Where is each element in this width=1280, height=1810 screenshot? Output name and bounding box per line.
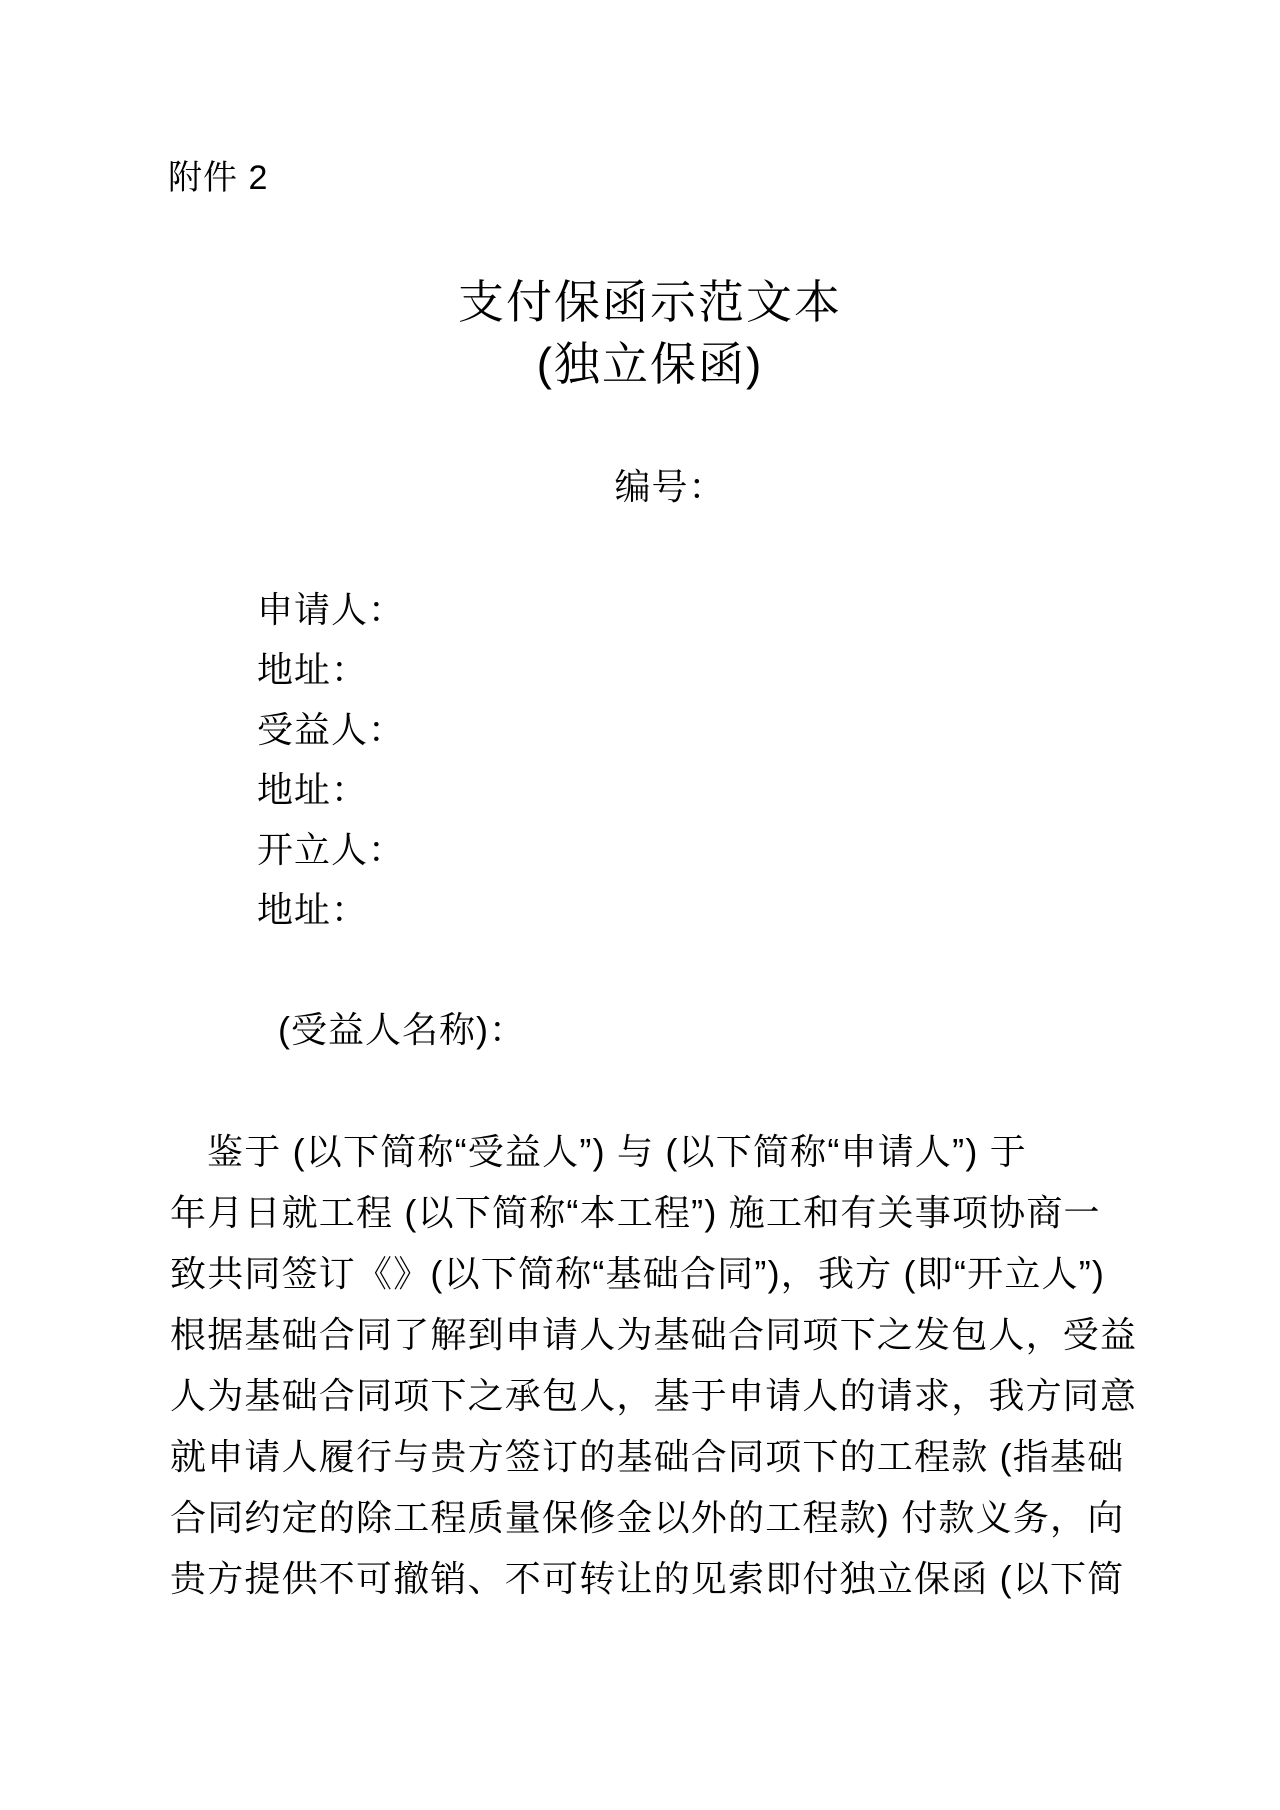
body-paragraph: 鉴于 (以下简称“受益人”) 与 (以下简称“申请人”) 于 年月日就工程 (以… <box>170 1121 1118 1609</box>
field-beneficiary-address: 地址： <box>257 760 405 820</box>
document-number-label: 编号： <box>30 467 1280 507</box>
field-beneficiary: 受益人： <box>257 700 405 760</box>
document-title-line1: 支付保函示范文本 <box>10 271 1280 333</box>
body-line: 鉴于 (以下简称“受益人”) 与 (以下简称“申请人”) 于 <box>170 1121 1118 1182</box>
field-applicant-address: 地址： <box>257 640 405 700</box>
body-line: 年月日就工程 (以下简称“本工程”) 施工和有关事项协商一 <box>170 1182 1118 1243</box>
document-title-line2: (独立保函) <box>10 333 1280 395</box>
party-fields: 申请人： 地址： 受益人： 地址： 开立人： 地址： <box>257 580 405 940</box>
document-page: 附件 2 支付保函示范文本 (独立保函) 编号： 申请人： 地址： 受益人： 地… <box>0 0 1280 1810</box>
field-applicant: 申请人： <box>257 580 405 640</box>
body-line: 合同约定的除工程质量保修金以外的工程款) 付款义务，向 <box>170 1487 1118 1548</box>
field-issuer: 开立人： <box>257 820 405 880</box>
beneficiary-name-salutation: (受益人名称)： <box>278 1010 526 1050</box>
body-line: 人为基础合同项下之承包人，基于申请人的请求，我方同意 <box>170 1365 1118 1426</box>
body-line: 就申请人履行与贵方签订的基础合同项下的工程款 (指基础 <box>170 1426 1118 1487</box>
field-issuer-address: 地址： <box>257 880 405 940</box>
body-line: 贵方提供不可撤销、不可转让的见索即付独立保函 (以下简 <box>170 1548 1118 1609</box>
body-line: 根据基础合同了解到申请人为基础合同项下之发包人，受益 <box>170 1304 1118 1365</box>
document-title: 支付保函示范文本 (独立保函) <box>10 271 1280 395</box>
attachment-label: 附件 2 <box>168 158 268 198</box>
body-line: 致共同签订《》(以下简称“基础合同”)，我方 (即“开立人”) <box>170 1243 1118 1304</box>
